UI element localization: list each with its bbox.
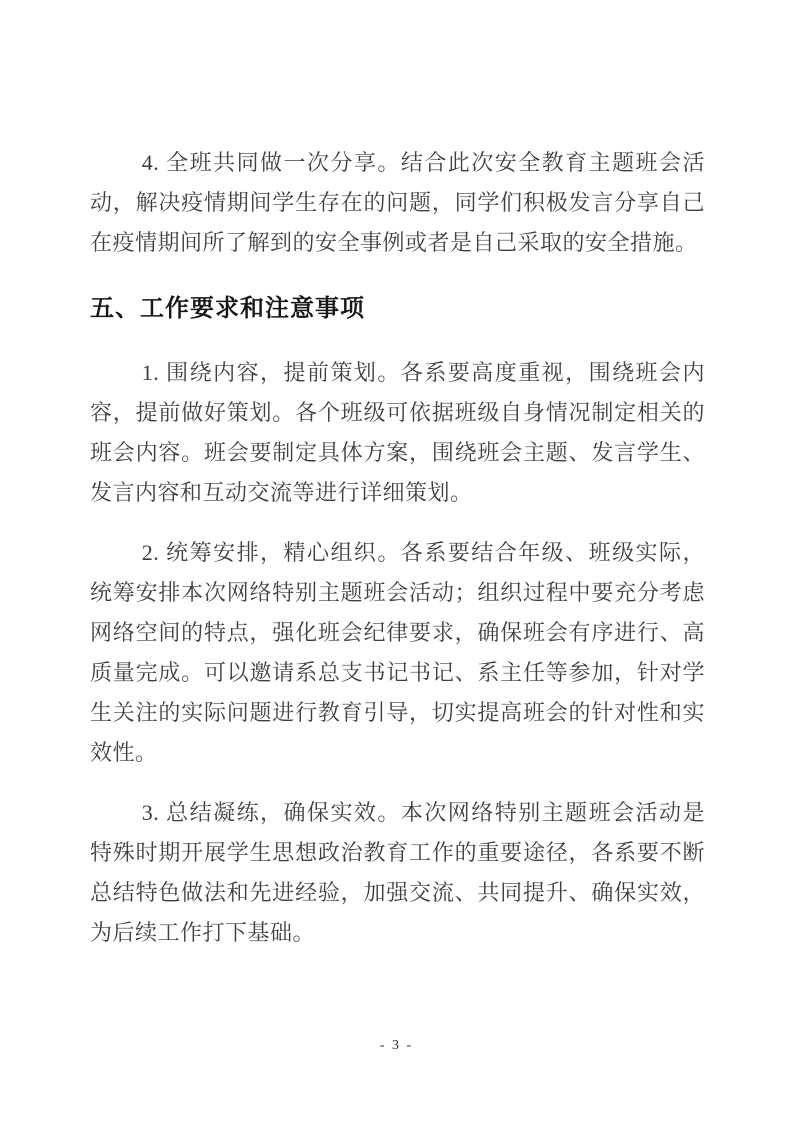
page-footer: - 3 -	[0, 1036, 793, 1054]
document-content: 4. 全班共同做一次分享。结合此次安全教育主题班会活动，解决疫情期间学生存在的问…	[0, 0, 793, 953]
paragraph-point-2: 2. 统筹安排，精心组织。各系要结合年级、班级实际，统筹安排本次网络特别主题班会…	[90, 533, 705, 773]
paragraph-point-3: 3. 总结凝练，确保实效。本次网络特别主题班会活动是特殊时期开展学生思想政治教育…	[90, 793, 705, 953]
paragraph-point-1: 1. 围绕内容，提前策划。各系要高度重视，围绕班会内容，提前做好策划。各个班级可…	[90, 353, 705, 513]
page-number: - 3 -	[380, 1038, 413, 1053]
document-page: 4. 全班共同做一次分享。结合此次安全教育主题班会活动，解决疫情期间学生存在的问…	[0, 0, 793, 1122]
paragraph-point-4: 4. 全班共同做一次分享。结合此次安全教育主题班会活动，解决疫情期间学生存在的问…	[90, 143, 705, 263]
section-heading-5: 五、工作要求和注意事项	[90, 293, 705, 325]
